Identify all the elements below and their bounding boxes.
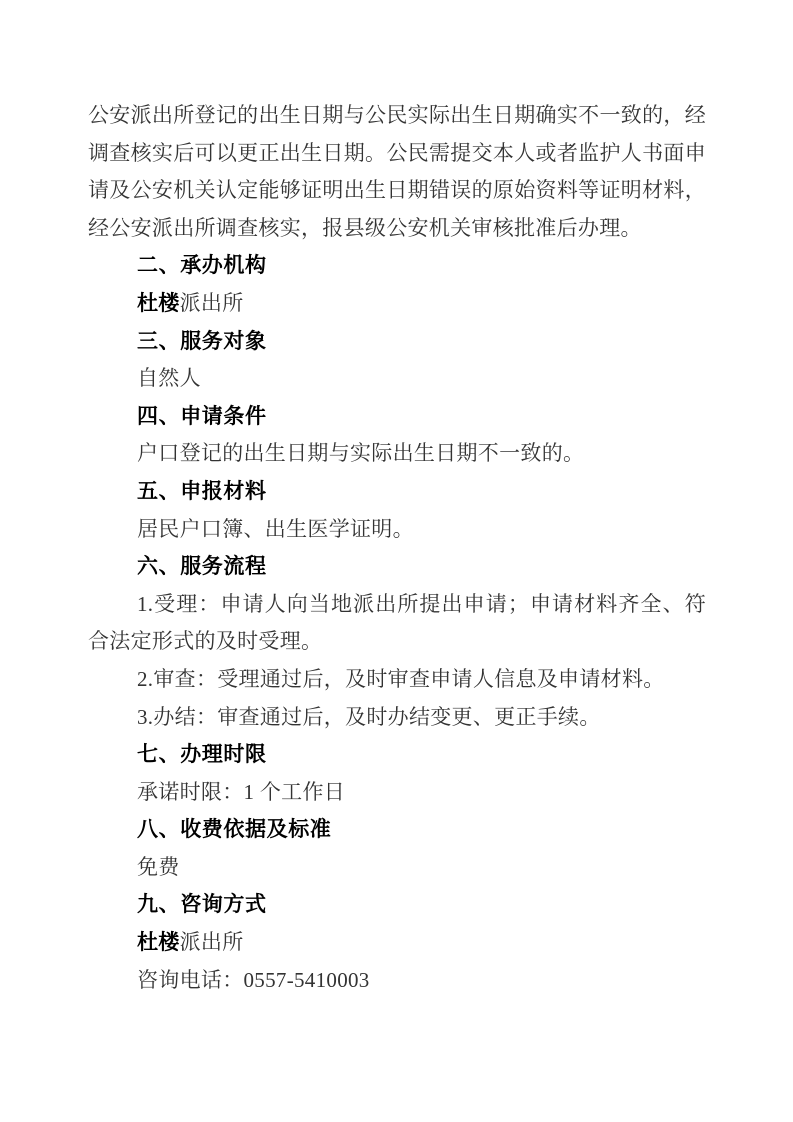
document-content: 公安派出所登记的出生日期与公民实际出生日期确实不一致的，经调查核实后可以更正出生… xyxy=(88,97,706,999)
fee-line: 免费 xyxy=(88,849,706,887)
consultation-agency-rest: 派出所 xyxy=(180,930,244,954)
process-step-2: 2.审查：受理通过后，及时审查申请人信息及申请材料。 xyxy=(88,661,706,699)
application-materials-line: 居民户口簿、出生医学证明。 xyxy=(88,511,706,549)
service-target-line: 自然人 xyxy=(88,360,706,398)
agency-name-bold: 杜楼 xyxy=(137,292,180,315)
agency-name-rest: 派出所 xyxy=(180,291,244,315)
consultation-agency-line: 杜楼派出所 xyxy=(88,924,706,962)
section-heading-consultation: 九、咨询方式 xyxy=(88,886,706,924)
processing-time-line: 承诺时限：1 个工作日 xyxy=(88,774,706,812)
section-heading-service-target: 三、服务对象 xyxy=(88,323,706,361)
section-heading-processing-time: 七、办理时限 xyxy=(88,736,706,774)
section-heading-undertaking-agency: 二、承办机构 xyxy=(88,247,706,285)
consultation-agency-bold: 杜楼 xyxy=(137,931,180,954)
process-step-1: 1.受理：申请人向当地派出所提出申请；申请材料齐全、符合法定形式的及时受理。 xyxy=(88,586,706,661)
section-heading-fee-basis: 八、收费依据及标准 xyxy=(88,811,706,849)
section-heading-service-process: 六、服务流程 xyxy=(88,548,706,586)
section-heading-application-materials: 五、申报材料 xyxy=(88,473,706,511)
agency-line: 杜楼派出所 xyxy=(88,285,706,323)
process-step-3: 3.办结：审查通过后，及时办结变更、更正手续。 xyxy=(88,699,706,737)
section-heading-application-conditions: 四、申请条件 xyxy=(88,398,706,436)
consultation-phone-line: 咨询电话：0557-5410003 xyxy=(88,962,706,1000)
document-page: 公安派出所登记的出生日期与公民实际出生日期确实不一致的，经调查核实后可以更正出生… xyxy=(0,0,793,1122)
application-conditions-line: 户口登记的出生日期与实际出生日期不一致的。 xyxy=(88,435,706,473)
continued-paragraph: 公安派出所登记的出生日期与公民实际出生日期确实不一致的，经调查核实后可以更正出生… xyxy=(88,97,706,247)
